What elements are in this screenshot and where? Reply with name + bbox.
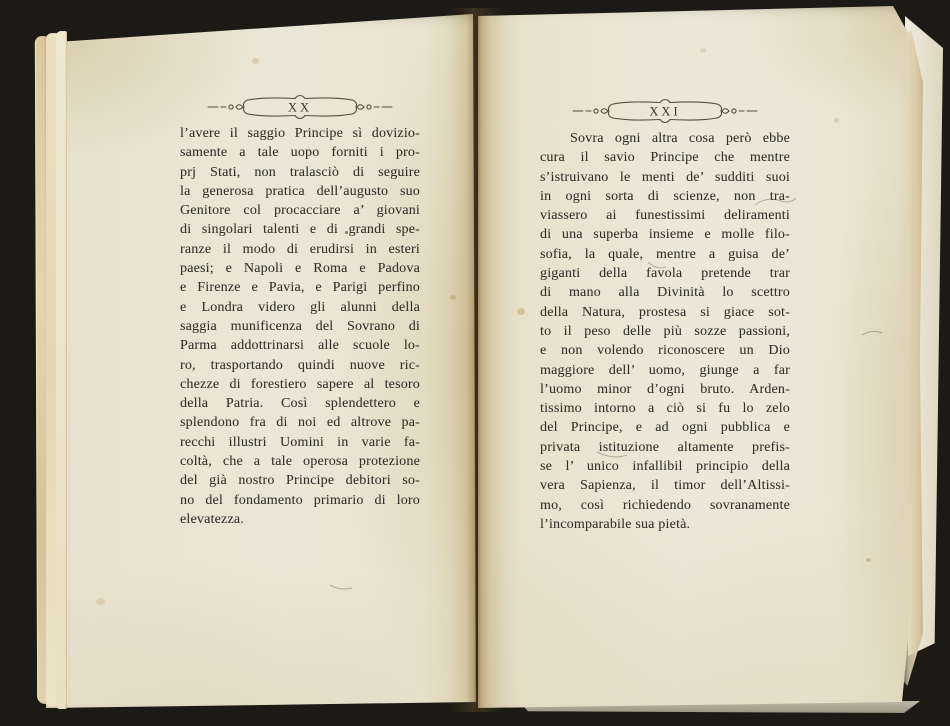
text-line: giganti della favola pretende trar: [540, 264, 790, 283]
left-page-text: l’avere il saggio Principe sì dovizio-sa…: [180, 124, 420, 529]
text-line: l’avere il saggio Principe sì dovizio-: [180, 124, 420, 143]
text-line: viassero ai funestissimi deliramenti: [540, 206, 790, 225]
page-number-cartouche: XXI: [540, 96, 790, 126]
text-line: to il peso delle più sozze passioni,: [540, 322, 790, 341]
text-line: di mano alla Divinità lo scettro: [540, 283, 790, 302]
cartouche-ornament-icon: XX: [205, 92, 395, 122]
open-book-photo: XX XXI l’avere il saggio Principe sì dov…: [0, 0, 950, 726]
text-line: prj Stati, non tralasciò di seguire: [180, 163, 420, 182]
text-line: l’incomparabile sua pietà.: [540, 515, 790, 534]
text-line: samente a tale uopo forniti i pro-: [180, 143, 420, 162]
text-line: della Natura, prostesa si giace sot-: [540, 303, 790, 322]
text-line: coltà, che a tale operosa protezione: [180, 452, 420, 471]
foxing-spot: [700, 48, 706, 53]
text-line: del Principe, e ad ogni pubblica e: [540, 418, 790, 437]
text-line: mo, così richiedendo sovranamente: [540, 496, 790, 515]
page-number-cartouche: XX: [180, 92, 420, 122]
text-line: e Londra videro gli alunni della: [180, 298, 420, 317]
text-line: recchi illustri Uomini in varie fa-: [180, 433, 420, 452]
text-line: chezze di forestiero sapere al tesoro: [180, 375, 420, 394]
text-line: ranze il modo di erudirsi in esteri: [180, 240, 420, 259]
foxing-spot: [252, 58, 259, 64]
text-line: splendono fra di noi ed altrove pa-: [180, 413, 420, 432]
foxing-spot: [96, 598, 105, 605]
text-line: vera Sapienza, il timor dell’Altissi-: [540, 476, 790, 495]
text-line: maggiore dell’ uomo, giunge a far: [540, 361, 790, 380]
text-line: e Firenze e Pavia, e Parigi perfino: [180, 278, 420, 297]
text-line: e non volendo riconoscere un Dio: [540, 341, 790, 360]
text-line: tissimo intorno a ciò si fu lo zelo: [540, 399, 790, 418]
right-deckle-edge: [897, 30, 923, 686]
foxing-spot: [866, 558, 871, 562]
text-line: paesi; e Napoli e Roma e Padova: [180, 259, 420, 278]
text-line: sofia, la quale, mentre a guisa de’: [540, 245, 790, 264]
text-line: no del fondamento primario di loro: [180, 491, 420, 510]
text-line: saggia munificenza del Sovrano di: [180, 317, 420, 336]
foxing-spot: [834, 118, 839, 123]
text-line: Parma addottrinarsi alle scuole lo-: [180, 336, 420, 355]
text-line: di singolari talenti e di grandi spe-: [180, 220, 420, 239]
left-deckle-edge: [56, 31, 67, 709]
right-page-number: XXI: [649, 105, 680, 119]
cartouche-ornament-icon: XXI: [570, 96, 760, 126]
text-line: se l’ unico infallibil principio della: [540, 457, 790, 476]
text-line: di una superba insieme e molle filo-: [540, 225, 790, 244]
text-line: in ogni sorta di scienze, non tra-: [540, 187, 790, 206]
text-line: l’uomo minor d’ogni bruto. Arden-: [540, 380, 790, 399]
text-line: della Patria. Così splendettero e: [180, 394, 420, 413]
book-gutter-shadow: [448, 8, 506, 712]
text-line: la generosa pratica dell’augusto suo: [180, 182, 420, 201]
left-page-number: XX: [288, 101, 312, 115]
foxing-spot: [517, 308, 525, 315]
text-line: Sovra ogni altra cosa però ebbe: [540, 129, 790, 148]
text-line: Genitore col procacciare a’ giovani: [180, 201, 420, 220]
text-line: ro, trasportando quindi nuove ric-: [180, 356, 420, 375]
text-line: s’istruivano le menti de’ sudditi suoi: [540, 168, 790, 187]
text-line: privata istituzione altamente prefis-: [540, 438, 790, 457]
text-line: elevatezza.: [180, 510, 420, 529]
text-line: cura il savio Principe che mentre: [540, 148, 790, 167]
foxing-spot: [450, 295, 456, 300]
right-page-text: Sovra ogni altra cosa però ebbecura il s…: [540, 129, 790, 534]
text-line: del già nostro Principe debitori so-: [180, 471, 420, 490]
